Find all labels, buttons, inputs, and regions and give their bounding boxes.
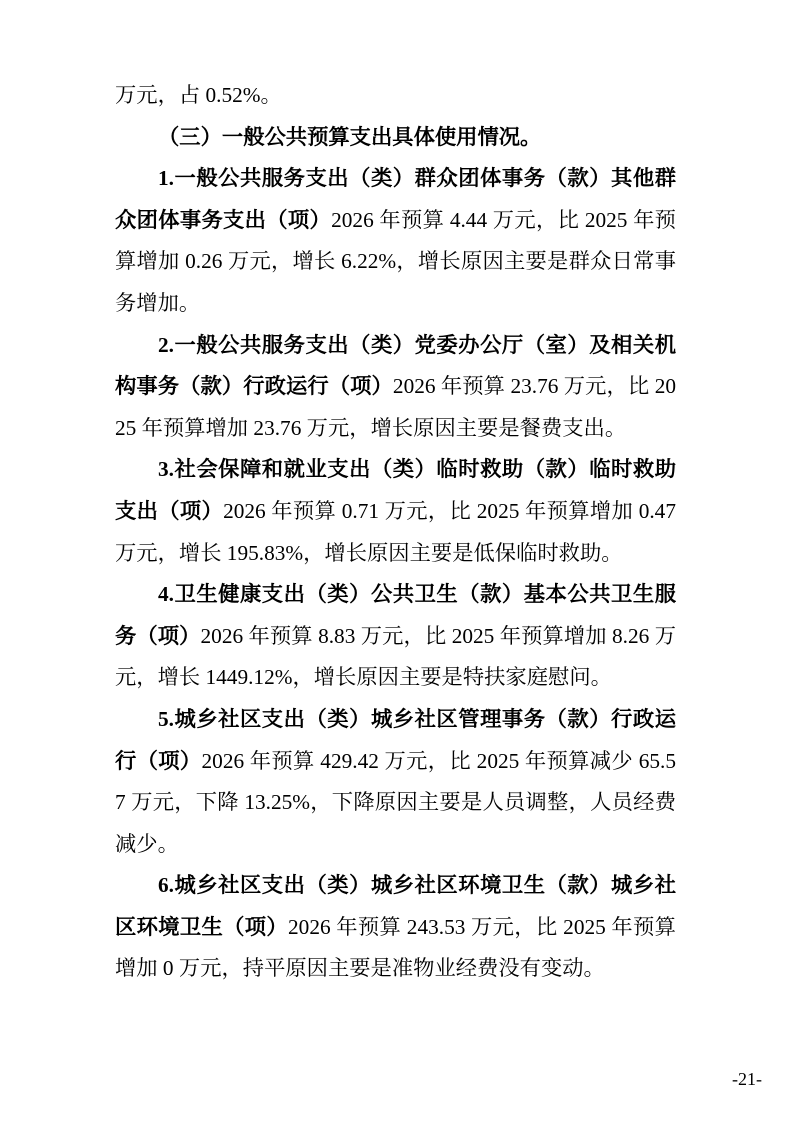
budget-item-2: 2.一般公共服务支出（类）党委办公厅（室）及相关机构事务（款）行政运行（项）20…: [115, 325, 676, 450]
paragraph-continuation: 万元，占 0.52%。: [115, 75, 676, 117]
budget-item-1: 1.一般公共服务支出（类）群众团体事务（款）其他群众团体事务支出（项）2026 …: [115, 158, 676, 324]
budget-item-6: 6.城乡社区支出（类）城乡社区环境卫生（款）城乡社区环境卫生（项）2026 年预…: [115, 865, 676, 990]
document-body: 万元，占 0.52%。 （三）一般公共预算支出具体使用情况。 1.一般公共服务支…: [115, 75, 676, 990]
budget-item-4: 4.卫生健康支出（类）公共卫生（款）基本公共卫生服务（项）2026 年预算 8.…: [115, 574, 676, 699]
section-heading: （三）一般公共预算支出具体使用情况。: [115, 117, 676, 159]
budget-item-5: 5.城乡社区支出（类）城乡社区管理事务（款）行政运行（项）2026 年预算 42…: [115, 699, 676, 865]
page-number: -21-: [732, 1068, 762, 1090]
document-page: 万元，占 0.52%。 （三）一般公共预算支出具体使用情况。 1.一般公共服务支…: [0, 0, 793, 1122]
budget-item-3: 3.社会保障和就业支出（类）临时救助（款）临时救助支出（项）2026 年预算 0…: [115, 449, 676, 574]
